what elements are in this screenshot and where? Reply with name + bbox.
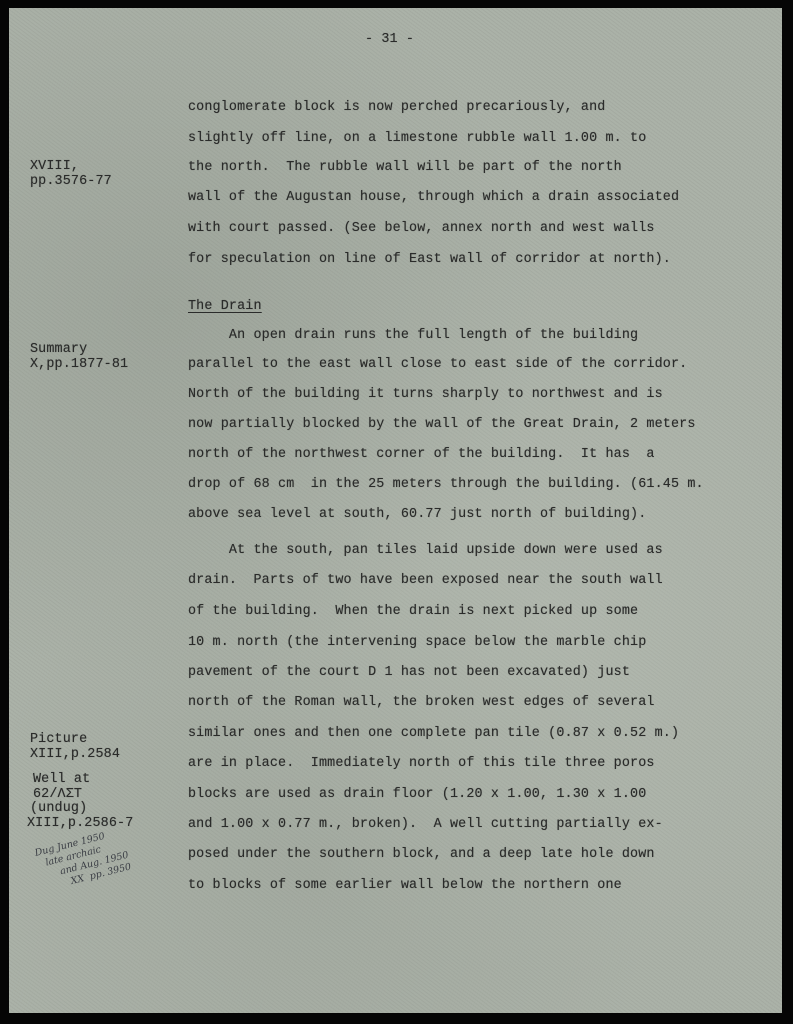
- margin-note-ref4-line1: Well at: [33, 772, 90, 787]
- body-line: to blocks of some earlier wall below the…: [188, 879, 622, 893]
- margin-note-ref3-line1: Picture: [30, 732, 87, 747]
- body-line: now partially blocked by the wall of the…: [188, 418, 696, 432]
- margin-note-ref4-line2: 62/ΛΣΤ: [33, 787, 82, 802]
- body-line: north of the Roman wall, the broken west…: [188, 696, 655, 710]
- body-line: pavement of the court D 1 has not been e…: [188, 666, 630, 680]
- body-line: above sea level at south, 60.77 just nor…: [188, 508, 646, 522]
- margin-note-ref4-line3: (undug): [30, 801, 87, 816]
- section-heading: The Drain: [188, 300, 262, 314]
- body-line: blocks are used as drain floor (1.20 x 1…: [188, 788, 646, 802]
- body-line: and 1.00 x 0.77 m., broken). A well cutt…: [188, 818, 663, 832]
- margin-note-ref2-line2: X,pp.1877-81: [30, 357, 128, 372]
- body-line: of the building. When the drain is next …: [188, 605, 638, 619]
- body-line: drain. Parts of two have been exposed ne…: [188, 574, 663, 588]
- body-line: for speculation on line of East wall of …: [188, 253, 671, 267]
- page-number: - 31 -: [365, 33, 414, 47]
- body-line: At the south, pan tiles laid upside down…: [188, 544, 663, 558]
- margin-note-ref3-line2: XIII,p.2584: [30, 747, 120, 762]
- body-line: conglomerate block is now perched precar…: [188, 101, 605, 115]
- body-line: north of the northwest corner of the bui…: [188, 448, 655, 462]
- body-line: North of the building it turns sharply t…: [188, 388, 663, 402]
- body-line: slightly off line, on a limestone rubble…: [188, 132, 646, 146]
- body-line: posed under the southern block, and a de…: [188, 848, 655, 862]
- body-line: similar ones and then one complete pan t…: [188, 727, 679, 741]
- body-line: wall of the Augustan house, through whic…: [188, 191, 679, 205]
- document-page: - 31 - conglomerate block is now perched…: [9, 8, 782, 1013]
- body-line: drop of 68 cm in the 25 meters through t…: [188, 478, 704, 492]
- body-line: are in place. Immediately north of this …: [188, 757, 655, 771]
- margin-note-ref2-line1: Summary: [30, 342, 87, 357]
- body-line: parallel to the east wall close to east …: [188, 358, 687, 372]
- margin-note-ref1-line2: pp.3576-77: [30, 174, 112, 189]
- margin-note-ref1-line1: XVIII,: [30, 159, 79, 174]
- body-line: An open drain runs the full length of th…: [188, 329, 638, 343]
- body-line: 10 m. north (the intervening space below…: [188, 636, 646, 650]
- body-line: with court passed. (See below, annex nor…: [188, 222, 655, 236]
- body-line: the north. The rubble wall will be part …: [188, 161, 622, 175]
